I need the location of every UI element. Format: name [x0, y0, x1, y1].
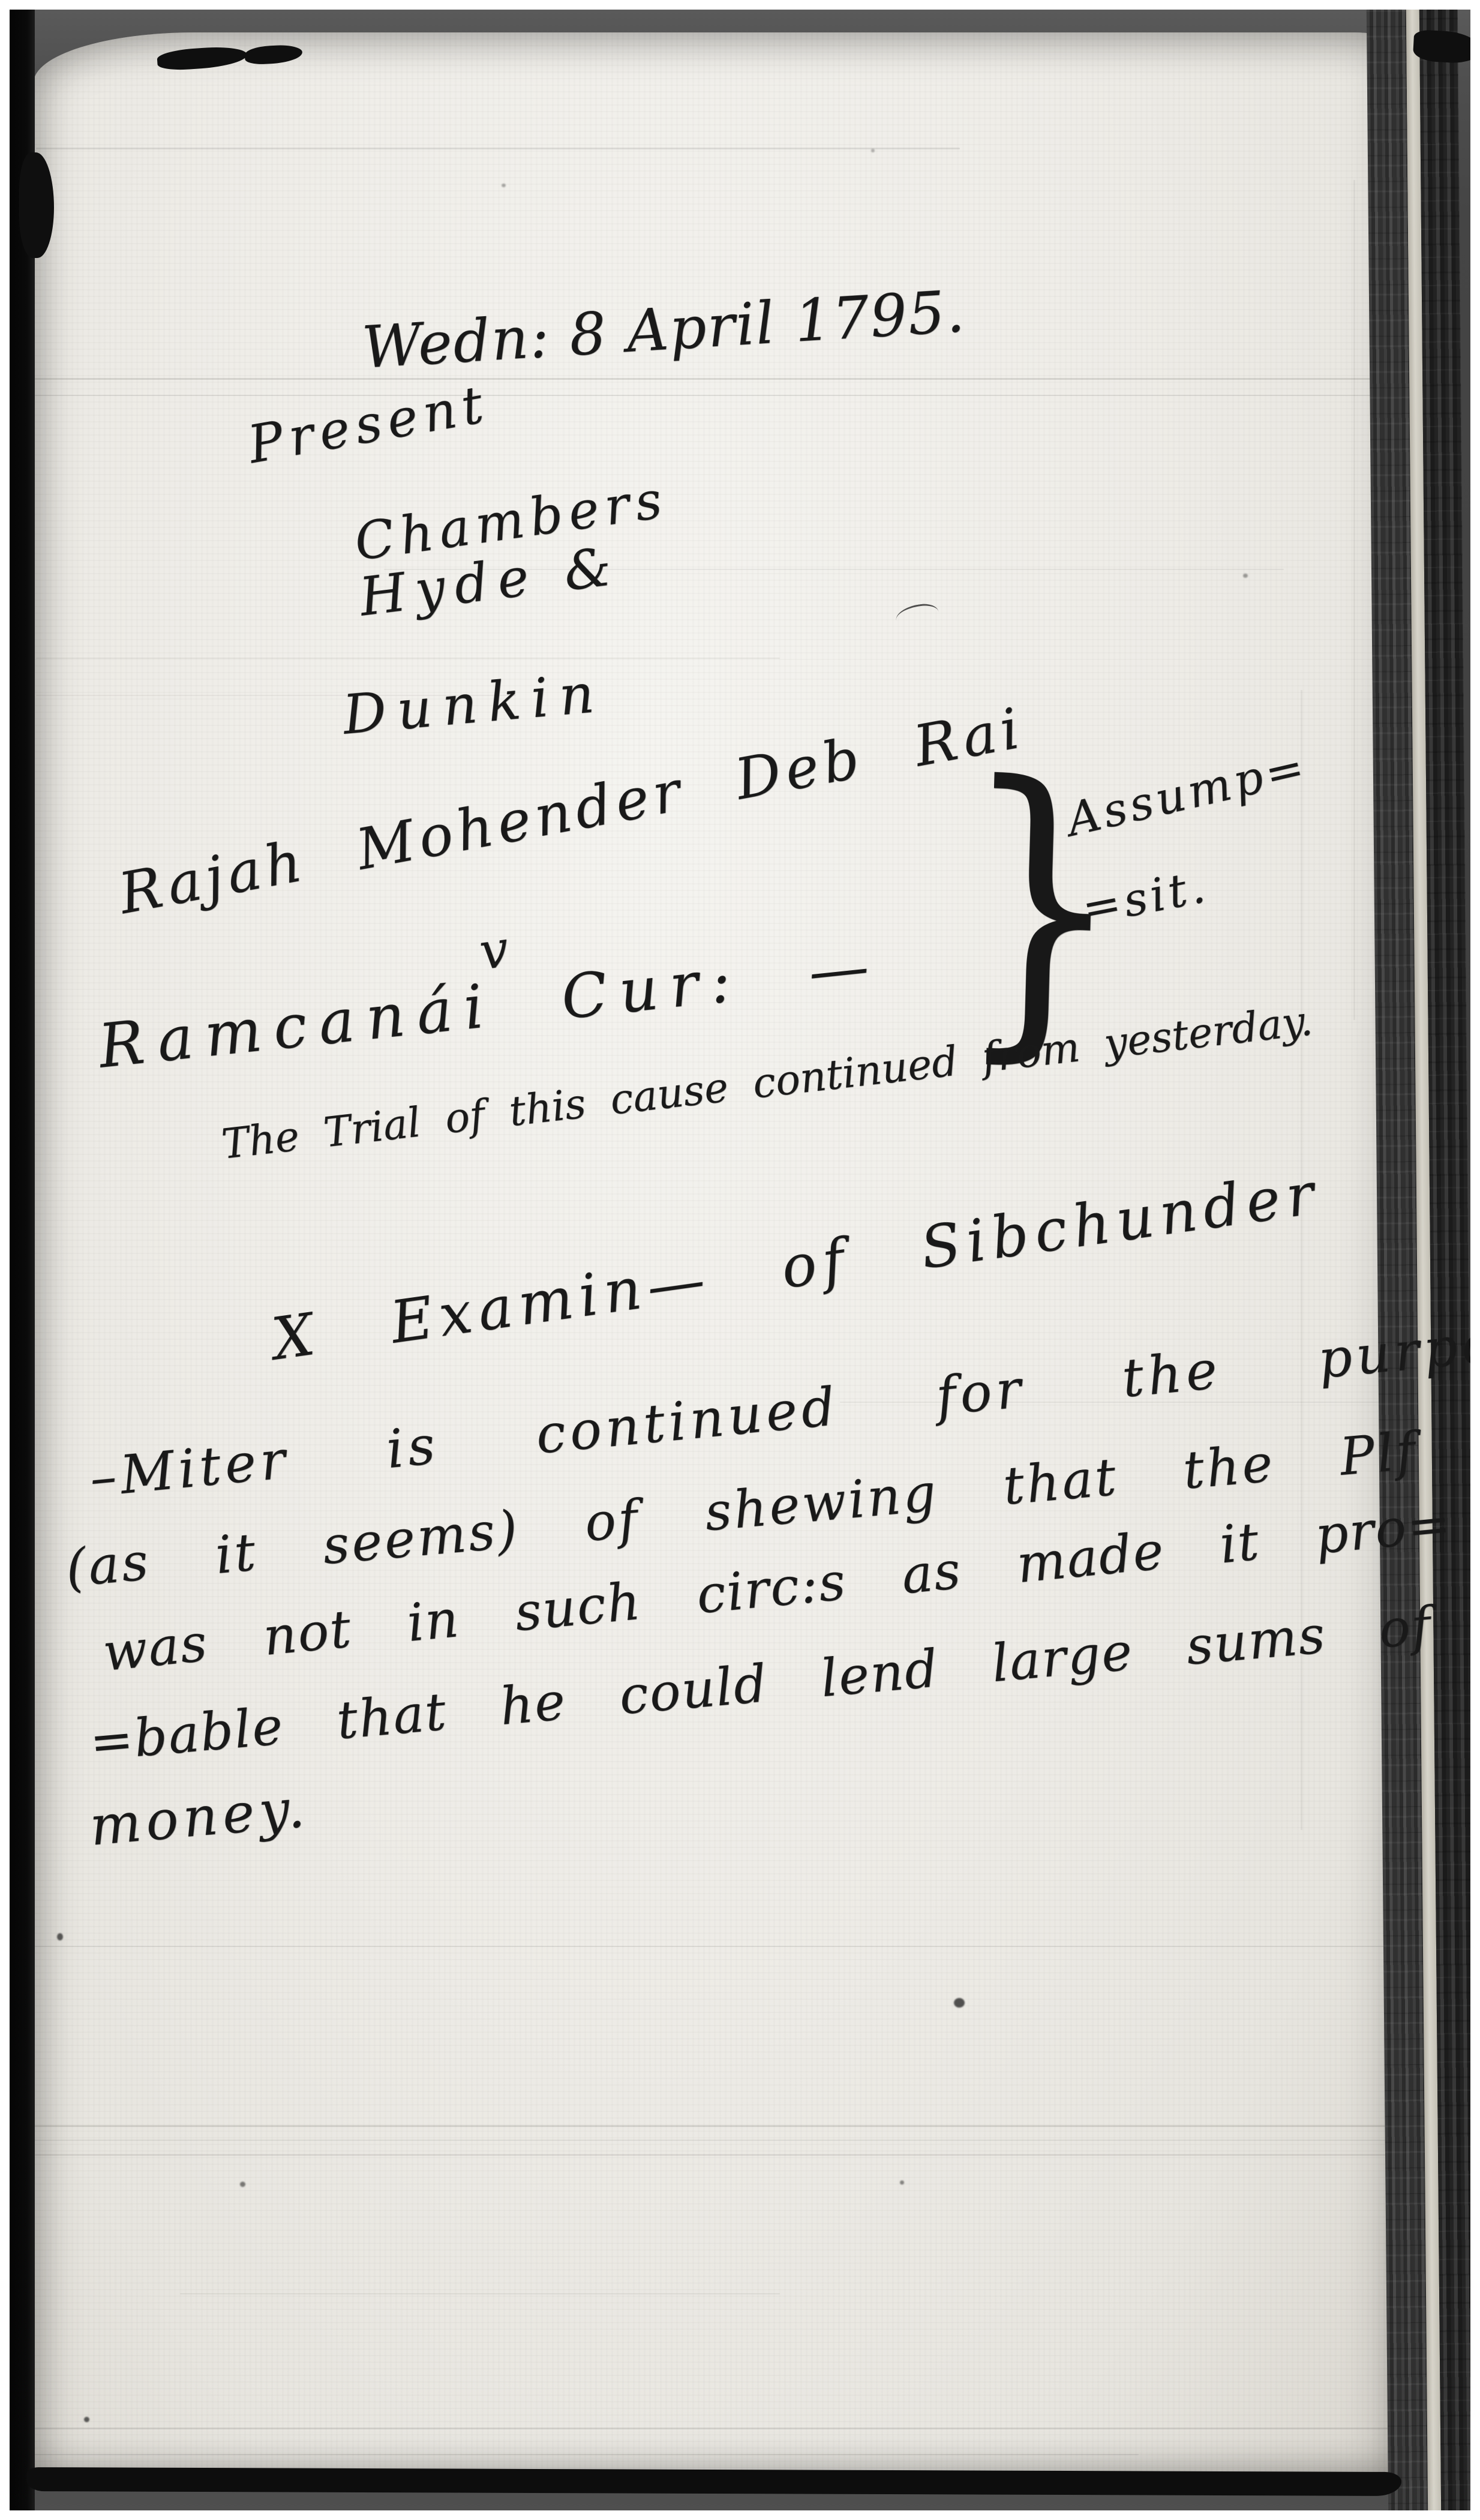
scan-streak-line	[36, 148, 960, 149]
scan-streak-line	[35, 2125, 1409, 2127]
ink-speck	[240, 2182, 245, 2187]
scan-streak-line	[35, 2454, 1139, 2455]
ink-speck	[84, 2417, 89, 2422]
ink-speck	[871, 149, 875, 152]
page-bottom-edge-shadow	[26, 2467, 1401, 2496]
scan-streak-line	[35, 2140, 1409, 2141]
ink-speck	[57, 1933, 63, 1940]
scan-streak-line	[35, 1946, 1409, 1947]
ink-speck	[1243, 574, 1248, 578]
scan-streak-line	[180, 2293, 780, 2294]
page-crease	[1353, 180, 1355, 1020]
manuscript-scan-page: Wedn: 8 April 1795. Present Chambers Hyd…	[0, 0, 1480, 2520]
ink-speck	[954, 1998, 965, 2008]
scan-border	[0, 2510, 1480, 2520]
scan-border	[1470, 0, 1480, 2520]
scan-border	[0, 0, 10, 2520]
ink-speck	[900, 2180, 904, 2185]
scan-streak-line	[35, 395, 1385, 396]
page-edge-shadow	[19, 152, 54, 258]
scan-streak-line	[35, 378, 1385, 380]
book-cover-edge	[10, 10, 35, 2510]
scan-streak-line	[35, 2154, 1409, 2156]
ink-speck	[502, 184, 506, 187]
scan-streak-line	[35, 2428, 1409, 2429]
scan-border	[0, 0, 1480, 10]
scan-streak-line	[36, 658, 780, 659]
